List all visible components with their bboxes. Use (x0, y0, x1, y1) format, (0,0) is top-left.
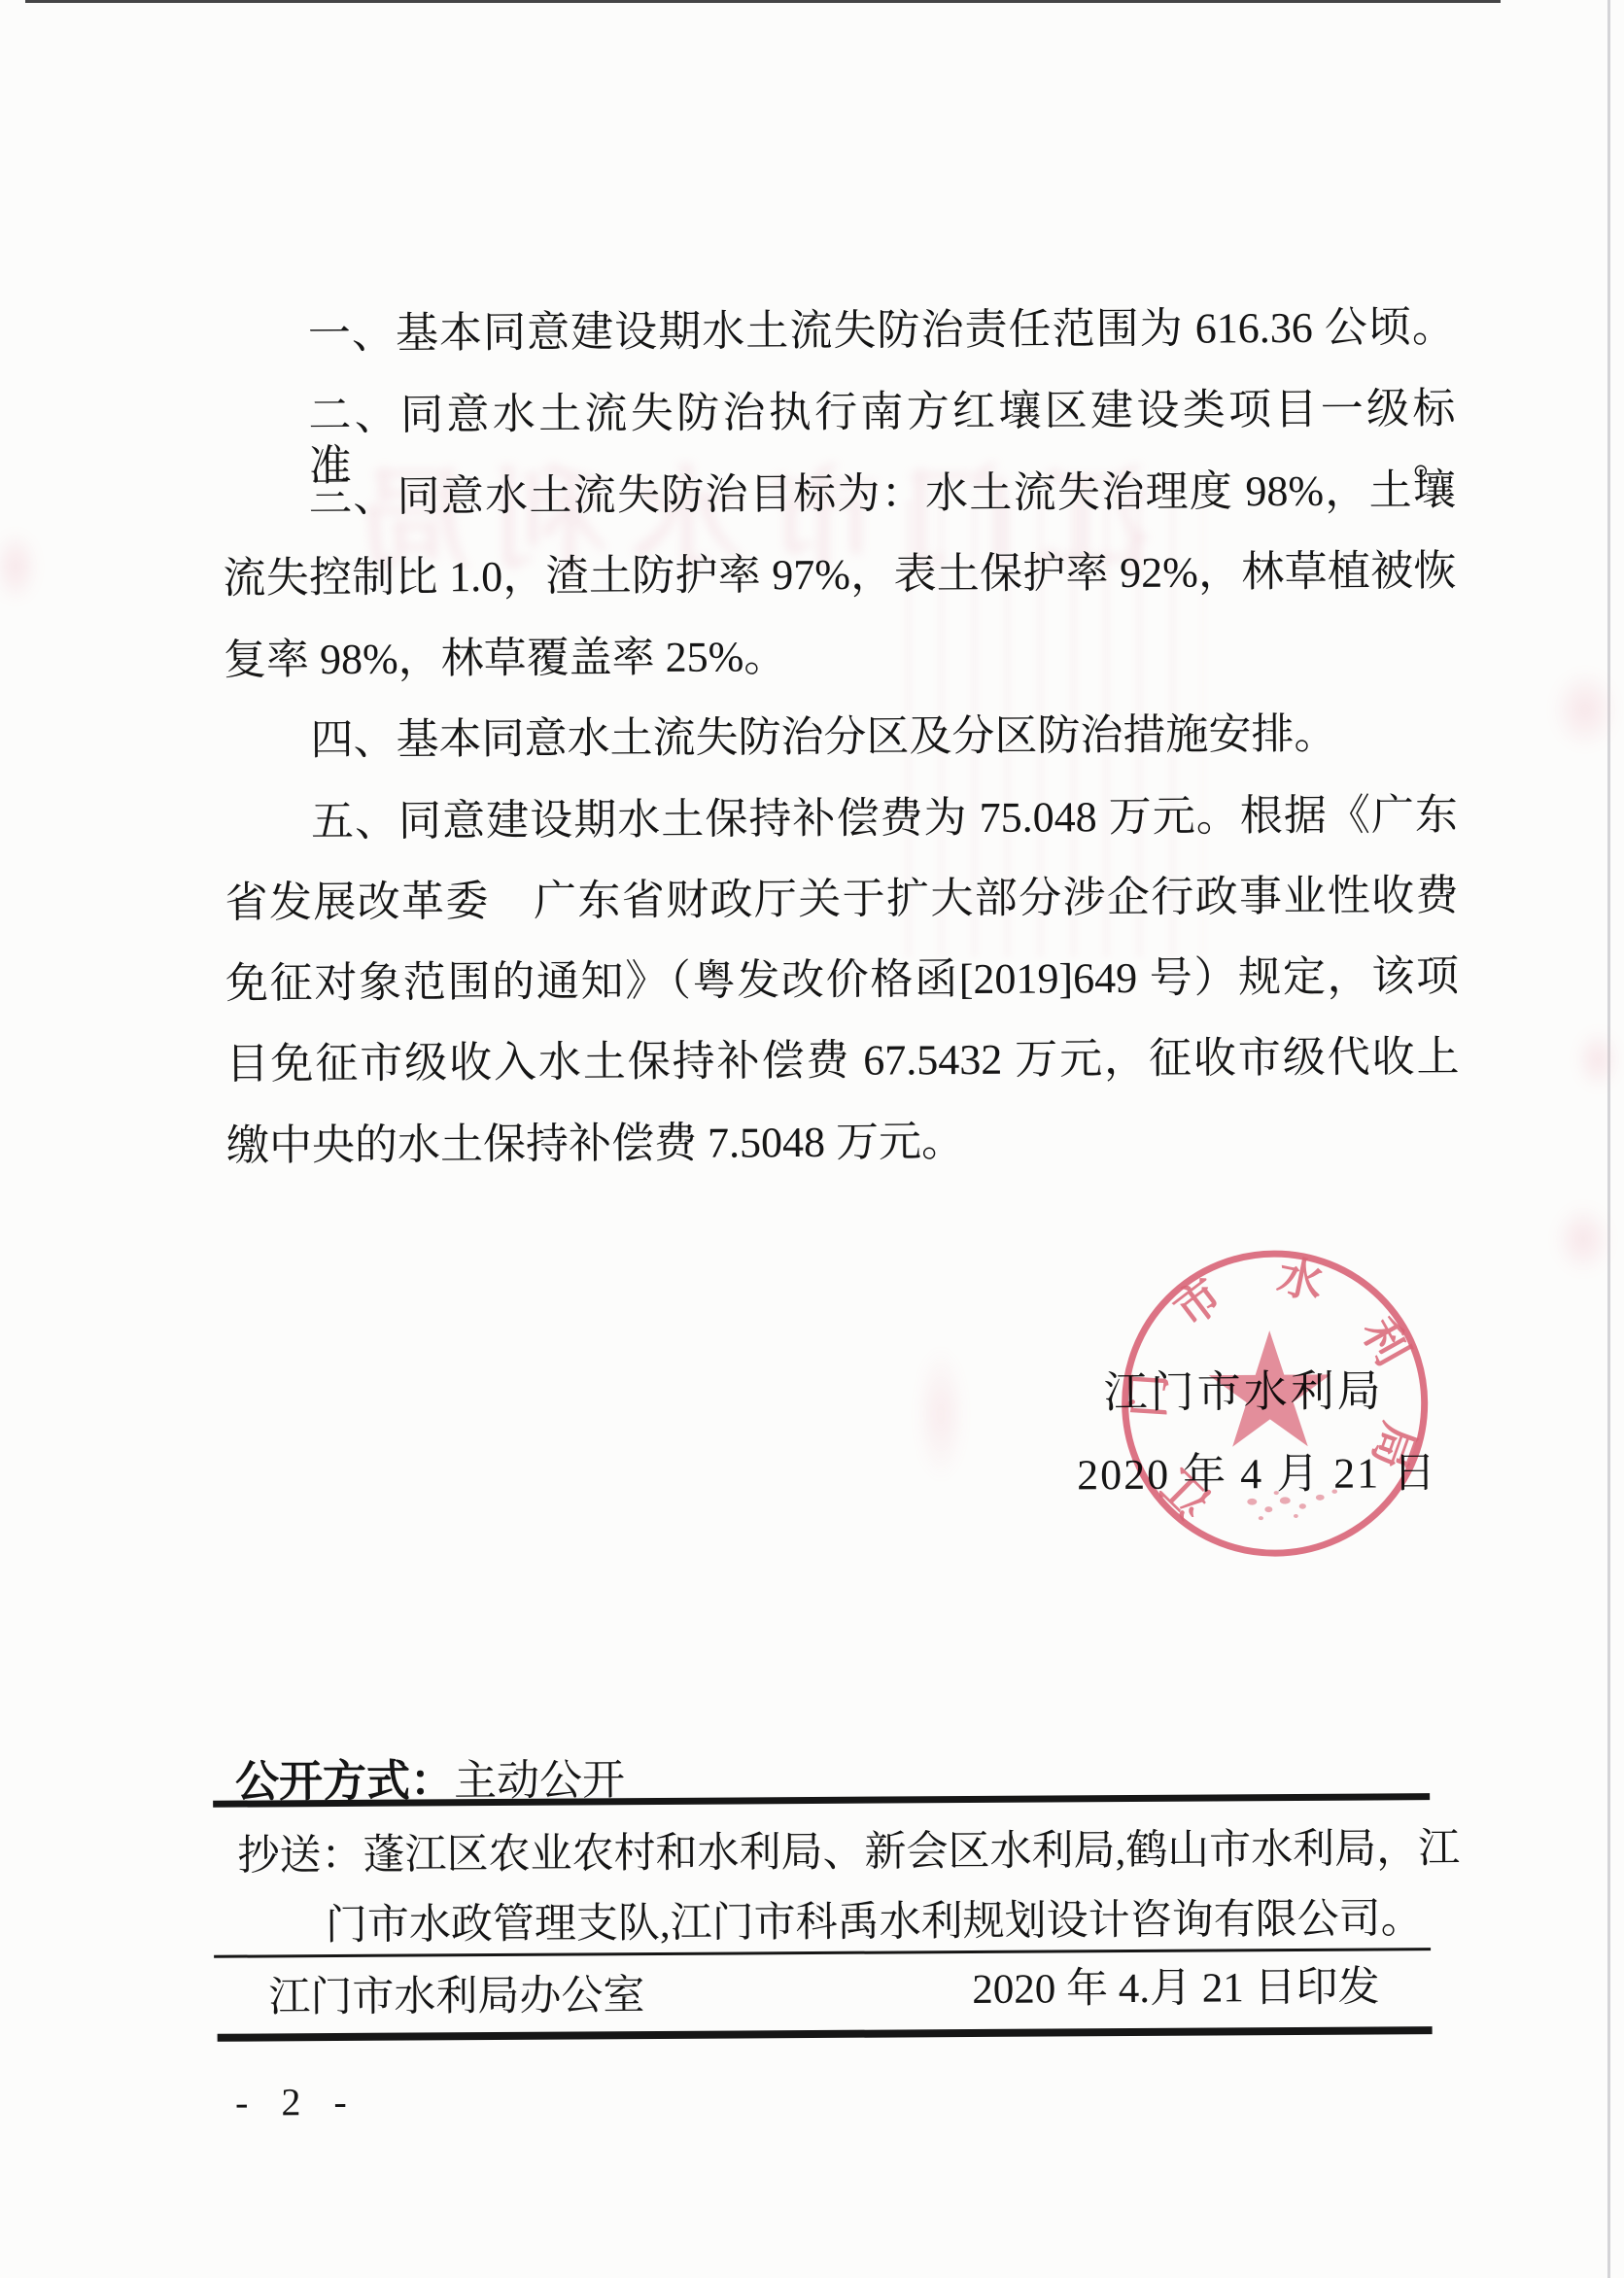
body-line: 目免征市级收入水土保持补偿费 67.5432 万元，征收市级代收上 (225, 1032, 1459, 1090)
body-line: 免征对象范围的通知》（粤发改价格函[2019]649 号）规定，该项 (225, 951, 1459, 1010)
body-line: 缴中央的水土保持补偿费 7.5048 万元。 (226, 1117, 964, 1172)
document-sheet: 一、基本同意建设期水土流失防治责任范围为 616.36 公顷。 二、同意水土流失… (0, 0, 1624, 2278)
official-seal: 江门市水利局 (1082, 1209, 1463, 1590)
seal-arc-char: 江 (1153, 1460, 1220, 1527)
scanned-document-page: 江门市水利局 一、基本同意建设期水土流失防治责任范围为 616.36 公顷。 二… (0, 0, 1624, 2278)
seal-star-icon (1208, 1330, 1330, 1447)
seal-arc-char: 水 (1273, 1251, 1327, 1308)
body-line: 五、同意建设期水土保持补偿费为 75.048 万元。根据《广东 (311, 790, 1458, 847)
cc-line-2: 门市水政管理支队,江门市科禹水利规划设计咨询有限公司。 (326, 1885, 1423, 1951)
separator-thick-bottom (218, 2026, 1433, 2042)
cc-line-1: 抄送：蓬江区农业农村和水利局、新会区水利局,鹤山市水利局，江 (237, 1815, 1460, 1882)
body-line: 流失控制比 1.0，渣土防护率 97%，表土保护率 92%，林草植被恢 (223, 546, 1456, 604)
body-line: 一、基本同意建设期水土流失防治责任范围为 616.36 公顷。 (308, 302, 1455, 360)
print-date: 2020 年 4.月 21 日印发 (972, 1953, 1380, 2016)
body-line: 复率 98%，林草覆盖率 25%。 (224, 632, 787, 686)
seal-security-specks (1247, 1490, 1337, 1521)
issuing-office: 江门市水利局办公室 (268, 1962, 644, 2023)
seal-arc-char: 局 (1363, 1417, 1424, 1475)
body-line: 四、基本同意水土流失防治分区及分区防治措施安排。 (310, 709, 1336, 766)
seal-arc-char: 门 (1123, 1371, 1175, 1419)
page-number: - 2 - (235, 2079, 359, 2125)
seal-arc-char: 市 (1165, 1270, 1231, 1336)
body-line: 省发展改革委 广东省财政厅关于扩大部分涉企行政事业性收费 (225, 871, 1458, 929)
seal-arc-char: 利 (1352, 1310, 1417, 1373)
body-line: 三、同意水土流失防治目标为：水土流失治理度 98%，土壤 (309, 466, 1456, 523)
cc-label: 抄送： (237, 1833, 363, 1880)
cc-recipients-1: 蓬江区农业农村和水利局、新会区水利局,鹤山市水利局，江 (363, 1826, 1460, 1879)
